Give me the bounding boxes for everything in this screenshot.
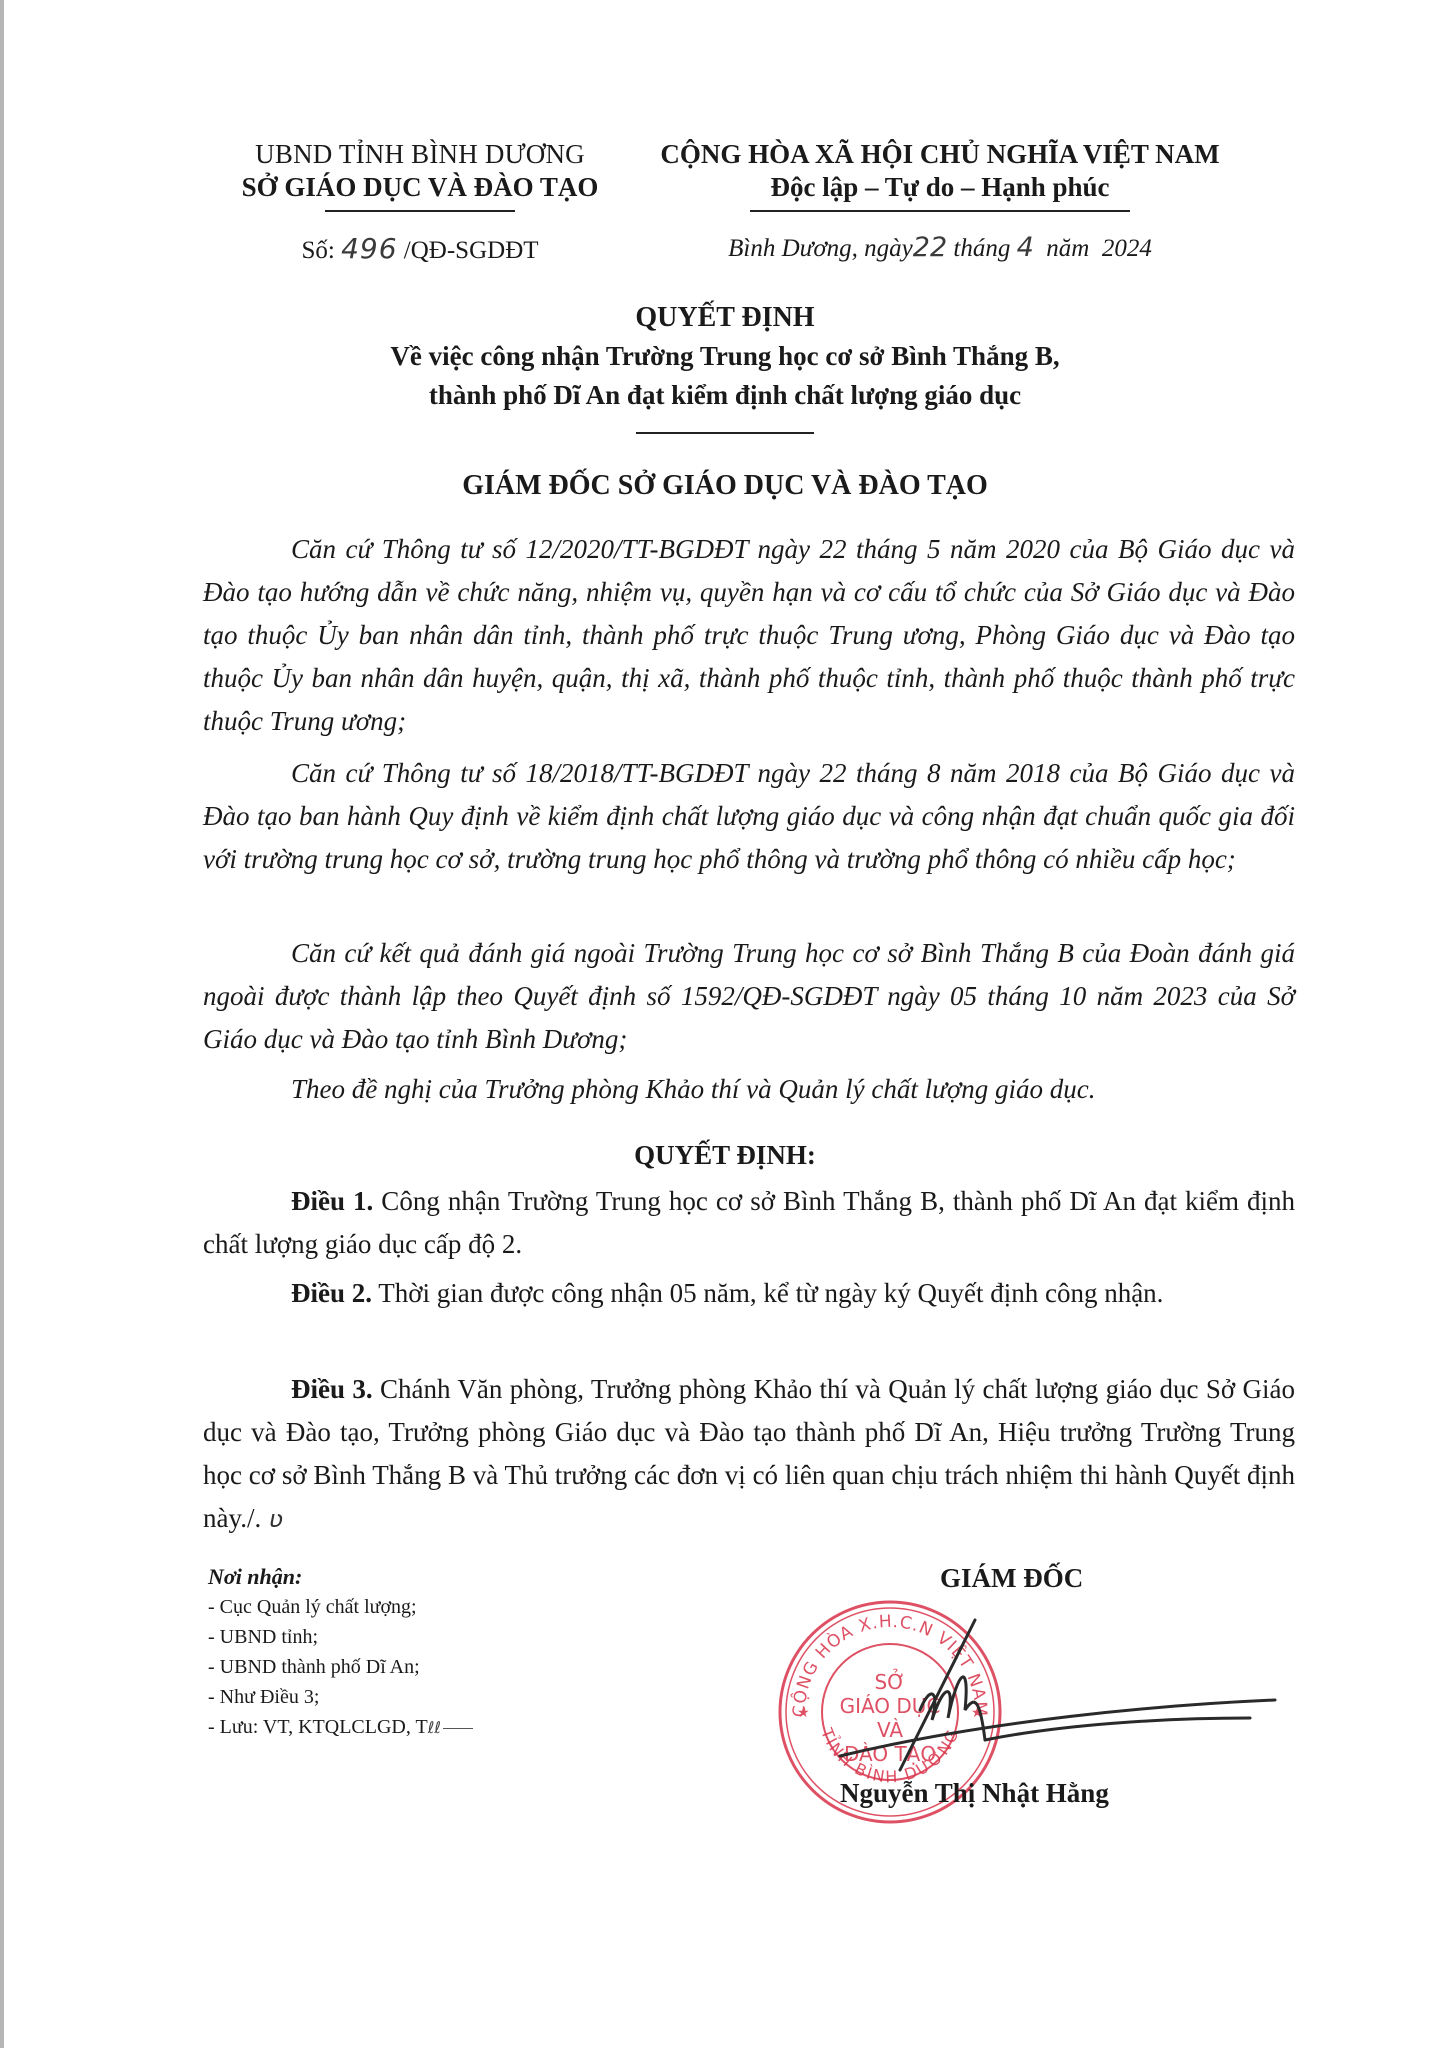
date-place: Bình Dương, ngày (728, 235, 913, 262)
preamble-text: Căn cứ Thông tư số 12/2020/TT-BGDĐT ngày… (203, 528, 1295, 743)
preamble-1: Căn cứ Thông tư số 12/2020/TT-BGDĐT ngày… (203, 528, 1295, 743)
title-subject-1: Về việc công nhận Trường Trung học cơ sở… (250, 337, 1200, 376)
signer-name: Nguyễn Thị Nhật Hằng (840, 1778, 1109, 1809)
preamble-3: Căn cứ kết quả đánh giá ngoài Trường Tru… (203, 932, 1295, 1061)
authority-heading: GIÁM ĐỐC SỞ GIÁO DỤC VÀ ĐÀO TẠO (250, 470, 1200, 502)
signature-icon (760, 1600, 1340, 1800)
recipient-item: - Lưu: VT, KTQLCLGD, Tℓℓ (208, 1712, 473, 1743)
motto-rule (750, 210, 1130, 212)
signer-title: GIÁM ĐỐC (940, 1563, 1083, 1594)
date-year: năm 2024 (1034, 235, 1152, 262)
article-label: Điều 2. (291, 1278, 372, 1308)
recipient-item: - UBND thành phố Dĩ An; (208, 1652, 473, 1682)
recipients: Nơi nhận: - Cục Quản lý chất lượng; - UB… (208, 1562, 473, 1743)
national-motto: CỘNG HÒA XÃ HỘI CHỦ NGHĨA VIỆT NAM Độc l… (640, 138, 1240, 212)
recipient-item: - Như Điều 3; (208, 1682, 473, 1712)
decision-heading: QUYẾT ĐỊNH: (250, 1140, 1200, 1171)
preamble-text: Căn cứ kết quả đánh giá ngoài Trường Tru… (203, 932, 1295, 1061)
authority-rule (325, 210, 515, 212)
title-rule (636, 432, 814, 434)
article-3: Điều 3. Chánh Văn phòng, Trưởng phòng Kh… (203, 1368, 1295, 1541)
date-day: 22 (913, 232, 947, 263)
scan-edge (0, 0, 4, 2048)
doc-no-prefix: Số: (301, 237, 341, 264)
date-month: 4 (1017, 232, 1034, 263)
article-2: Điều 2. Thời gian được công nhận 05 năm,… (203, 1272, 1295, 1315)
country-name: CỘNG HÒA XÃ HỘI CHỦ NGHĨA VIỆT NAM (640, 138, 1240, 171)
article-label: Điều 3. (291, 1374, 373, 1404)
doc-no-suffix: /QĐ-SGDĐT (398, 237, 539, 264)
preamble-text: Căn cứ Thông tư số 18/2018/TT-BGDĐT ngày… (203, 752, 1295, 881)
authority-line-1: UBND TỈNH BÌNH DƯƠNG (220, 138, 620, 171)
preamble-text: Theo đề nghị của Trưởng phòng Khảo thí v… (203, 1068, 1295, 1111)
recipients-heading: Nơi nhận: (208, 1562, 473, 1592)
issuing-authority: UBND TỈNH BÌNH DƯƠNG SỞ GIÁO DỤC VÀ ĐÀO … (220, 138, 620, 212)
doc-no-handwritten: 496 (341, 232, 397, 265)
initial-mark: ʋ (261, 1505, 283, 1533)
preamble-2: Căn cứ Thông tư số 18/2018/TT-BGDĐT ngày… (203, 752, 1295, 881)
article-label: Điều 1. (291, 1186, 373, 1216)
article-text: Thời gian được công nhận 05 năm, kể từ n… (372, 1278, 1163, 1308)
recipient-item: - Cục Quản lý chất lượng; (208, 1592, 473, 1622)
date-month-label: tháng (947, 235, 1016, 262)
preamble-4: Theo đề nghị của Trưởng phòng Khảo thí v… (203, 1068, 1295, 1111)
recipient-item: - UBND tỉnh; (208, 1622, 473, 1652)
title-heading: QUYẾT ĐỊNH (250, 298, 1200, 337)
initial-stroke (443, 1728, 473, 1729)
document-date: Bình Dương, ngày22 tháng 4 năm 2024 (640, 232, 1240, 263)
authority-line-2: SỞ GIÁO DỤC VÀ ĐÀO TẠO (220, 171, 620, 204)
document-number: Số: 496 /QĐ-SGDĐT (220, 232, 620, 265)
motto: Độc lập – Tự do – Hạnh phúc (640, 171, 1240, 204)
initial-mark: ℓℓ (428, 1718, 441, 1737)
title-subject-2: thành phố Dĩ An đạt kiểm định chất lượng… (250, 376, 1200, 415)
document-title: QUYẾT ĐỊNH Về việc công nhận Trường Trun… (250, 298, 1200, 415)
article-1: Điều 1. Công nhận Trường Trung học cơ sở… (203, 1180, 1295, 1266)
